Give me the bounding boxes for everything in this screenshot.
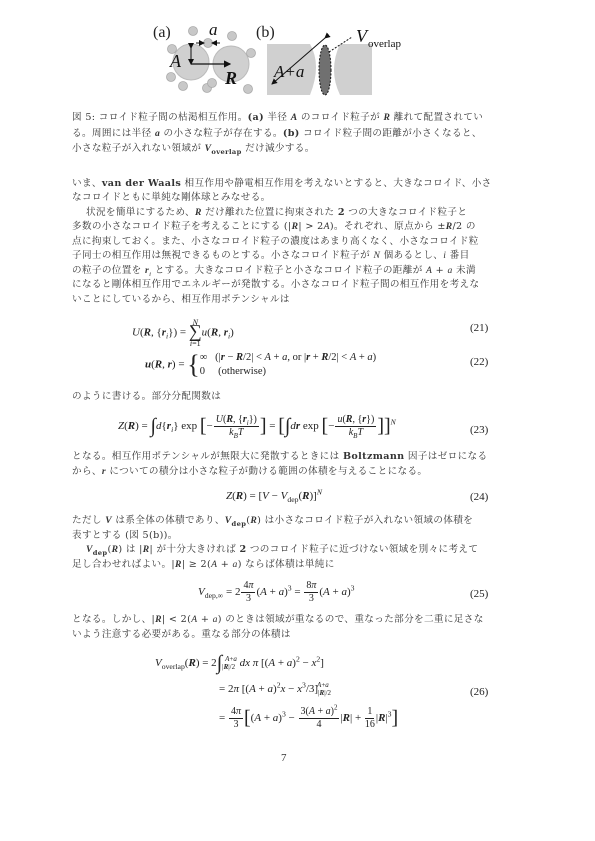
paper-page: (a) A a R (b) A+a V overlap 図 5: コロイド粒子間… <box>0 0 595 841</box>
equation-number-21: (21) <box>470 322 488 334</box>
equation-number-25: (25) <box>470 588 488 600</box>
overlap-region <box>319 45 331 95</box>
equation-26-line-1: Voverlap(R) = 2∫|R|/2A+a dx π [(A + a)2 … <box>155 652 324 675</box>
equation-25: Vdep,∞ = 24π3(A + a)3 = 8π3(A + a)3 <box>198 580 355 605</box>
p5-line-2: 表すとする (図 5(b))。 <box>72 530 498 542</box>
equation-number-24: (24) <box>470 491 488 503</box>
panel-a-label: (a) <box>153 24 171 41</box>
equation-24: Z(R) = [V − Vdep(R)]N <box>226 490 322 502</box>
equation-number-26: (26) <box>470 686 488 698</box>
figure-5-depletion-diagram: (a) A a R (b) A+a V overlap <box>150 15 430 105</box>
equation-23: Z(R) = ∫d{ri} exp [−U(R, {ri})kBT] = [∫d… <box>118 414 396 439</box>
equation-number-22: (22) <box>470 356 488 368</box>
p2-line-2: 多数の小さなコロイド粒子を考えることにする (|R| > 2A)。それぞれ、原点… <box>72 221 498 233</box>
equation-number-23: (23) <box>470 424 488 436</box>
equation-26-line-3: = 4π3[(A + a)3 − 3(A + a)24|R| + 116|R|3… <box>219 706 398 731</box>
p2-line-6: になると剛体相互作用でエネルギーが発散する。小さなコロイド粒子間の相互作用を考え… <box>72 279 498 291</box>
equation-26-line-2: = 2π [(A + a)2x − x3/3]|R|/2A+a <box>219 683 329 695</box>
label-A-plus-a: A+a <box>273 62 304 81</box>
p1-line-1: いま、van der Waals 相互作用や静電相互作用を考えないとすると、大き… <box>72 178 498 190</box>
p2-line-3: 点に拘束しておく。また、小さなコロイド粒子の濃度はあまり高くなく、小さなコロイド… <box>72 236 498 248</box>
label-overlap-subscript: overlap <box>368 38 401 50</box>
large-colloid-b-right <box>334 44 372 95</box>
equation-21: U(R, {ri}) = N∑i=1u(R, ri) <box>132 318 234 348</box>
p1-line-2: なコロイドともに単純な剛体球とみなせる。 <box>72 192 498 204</box>
p7-line-2: いよう注意する必要がある。重なる部分の体積は <box>72 629 498 641</box>
p4-line-1: となる。相互作用ポテンシャルが無限大に発散するときには Boltzmann 因子… <box>72 451 498 463</box>
label-radius-A: A <box>169 51 182 71</box>
equation-22: u(R, r) = { ∞ (|r − R/2| < A + a, or |r … <box>145 350 376 380</box>
page-number: 7 <box>281 752 287 764</box>
p5-line-1: ただし V は系全体の体積であり、Vdep(R) は小さなコロイド粒子が入れない… <box>72 515 498 527</box>
p6-line-2: 足し合わせればよい。|R| ≥ 2(A + a) ならば体積は単純に <box>72 559 498 571</box>
p6-line-1: Vdep(R) は |R| が十分大きければ 2 つのコロイド粒子に近づけない領… <box>86 544 498 556</box>
label-distance-R: R <box>224 68 237 88</box>
p2-line-4: 子同士の相互作用は無視できるものとする。小さなコロイド粒子が N 個あるとし、i… <box>72 250 498 262</box>
caption-line-1: 図 5: コロイド粒子間の枯渇相互作用。(a) 半径 A のコロイド粒子が R … <box>72 112 498 124</box>
label-radius-a: a <box>209 20 218 39</box>
p3-line-1: のように書ける。部分分配関数は <box>72 391 498 403</box>
p2-line-7: いことにしているから、相互作用ポテンシャルは <box>72 294 498 306</box>
p2-line-5: の粒子の位置を ri とする。大きなコロイド粒子と小さなコロイド粒子の距離が A… <box>72 265 498 277</box>
panel-b-label: (b) <box>256 24 275 41</box>
caption-line-3: 小さな粒子が入れない領域が Voverlap だけ減少する。 <box>72 143 498 155</box>
caption-line-2: る。周囲には半径 a の小さな粒子が存在する。(b) コロイド粒子間の距離が小さ… <box>72 128 498 140</box>
p4-line-2: から、r についての積分は小さな粒子が動ける範囲の体積を与えることになる。 <box>72 466 498 478</box>
p2-line-1: 状況を簡単にするため、R だけ離れた位置に拘束された 2 つの大きなコロイド粒子… <box>86 207 498 219</box>
p7-line-1: となる。しかし、|R| < 2(A + a) のときは領域が重なるので、重なった… <box>72 614 498 626</box>
